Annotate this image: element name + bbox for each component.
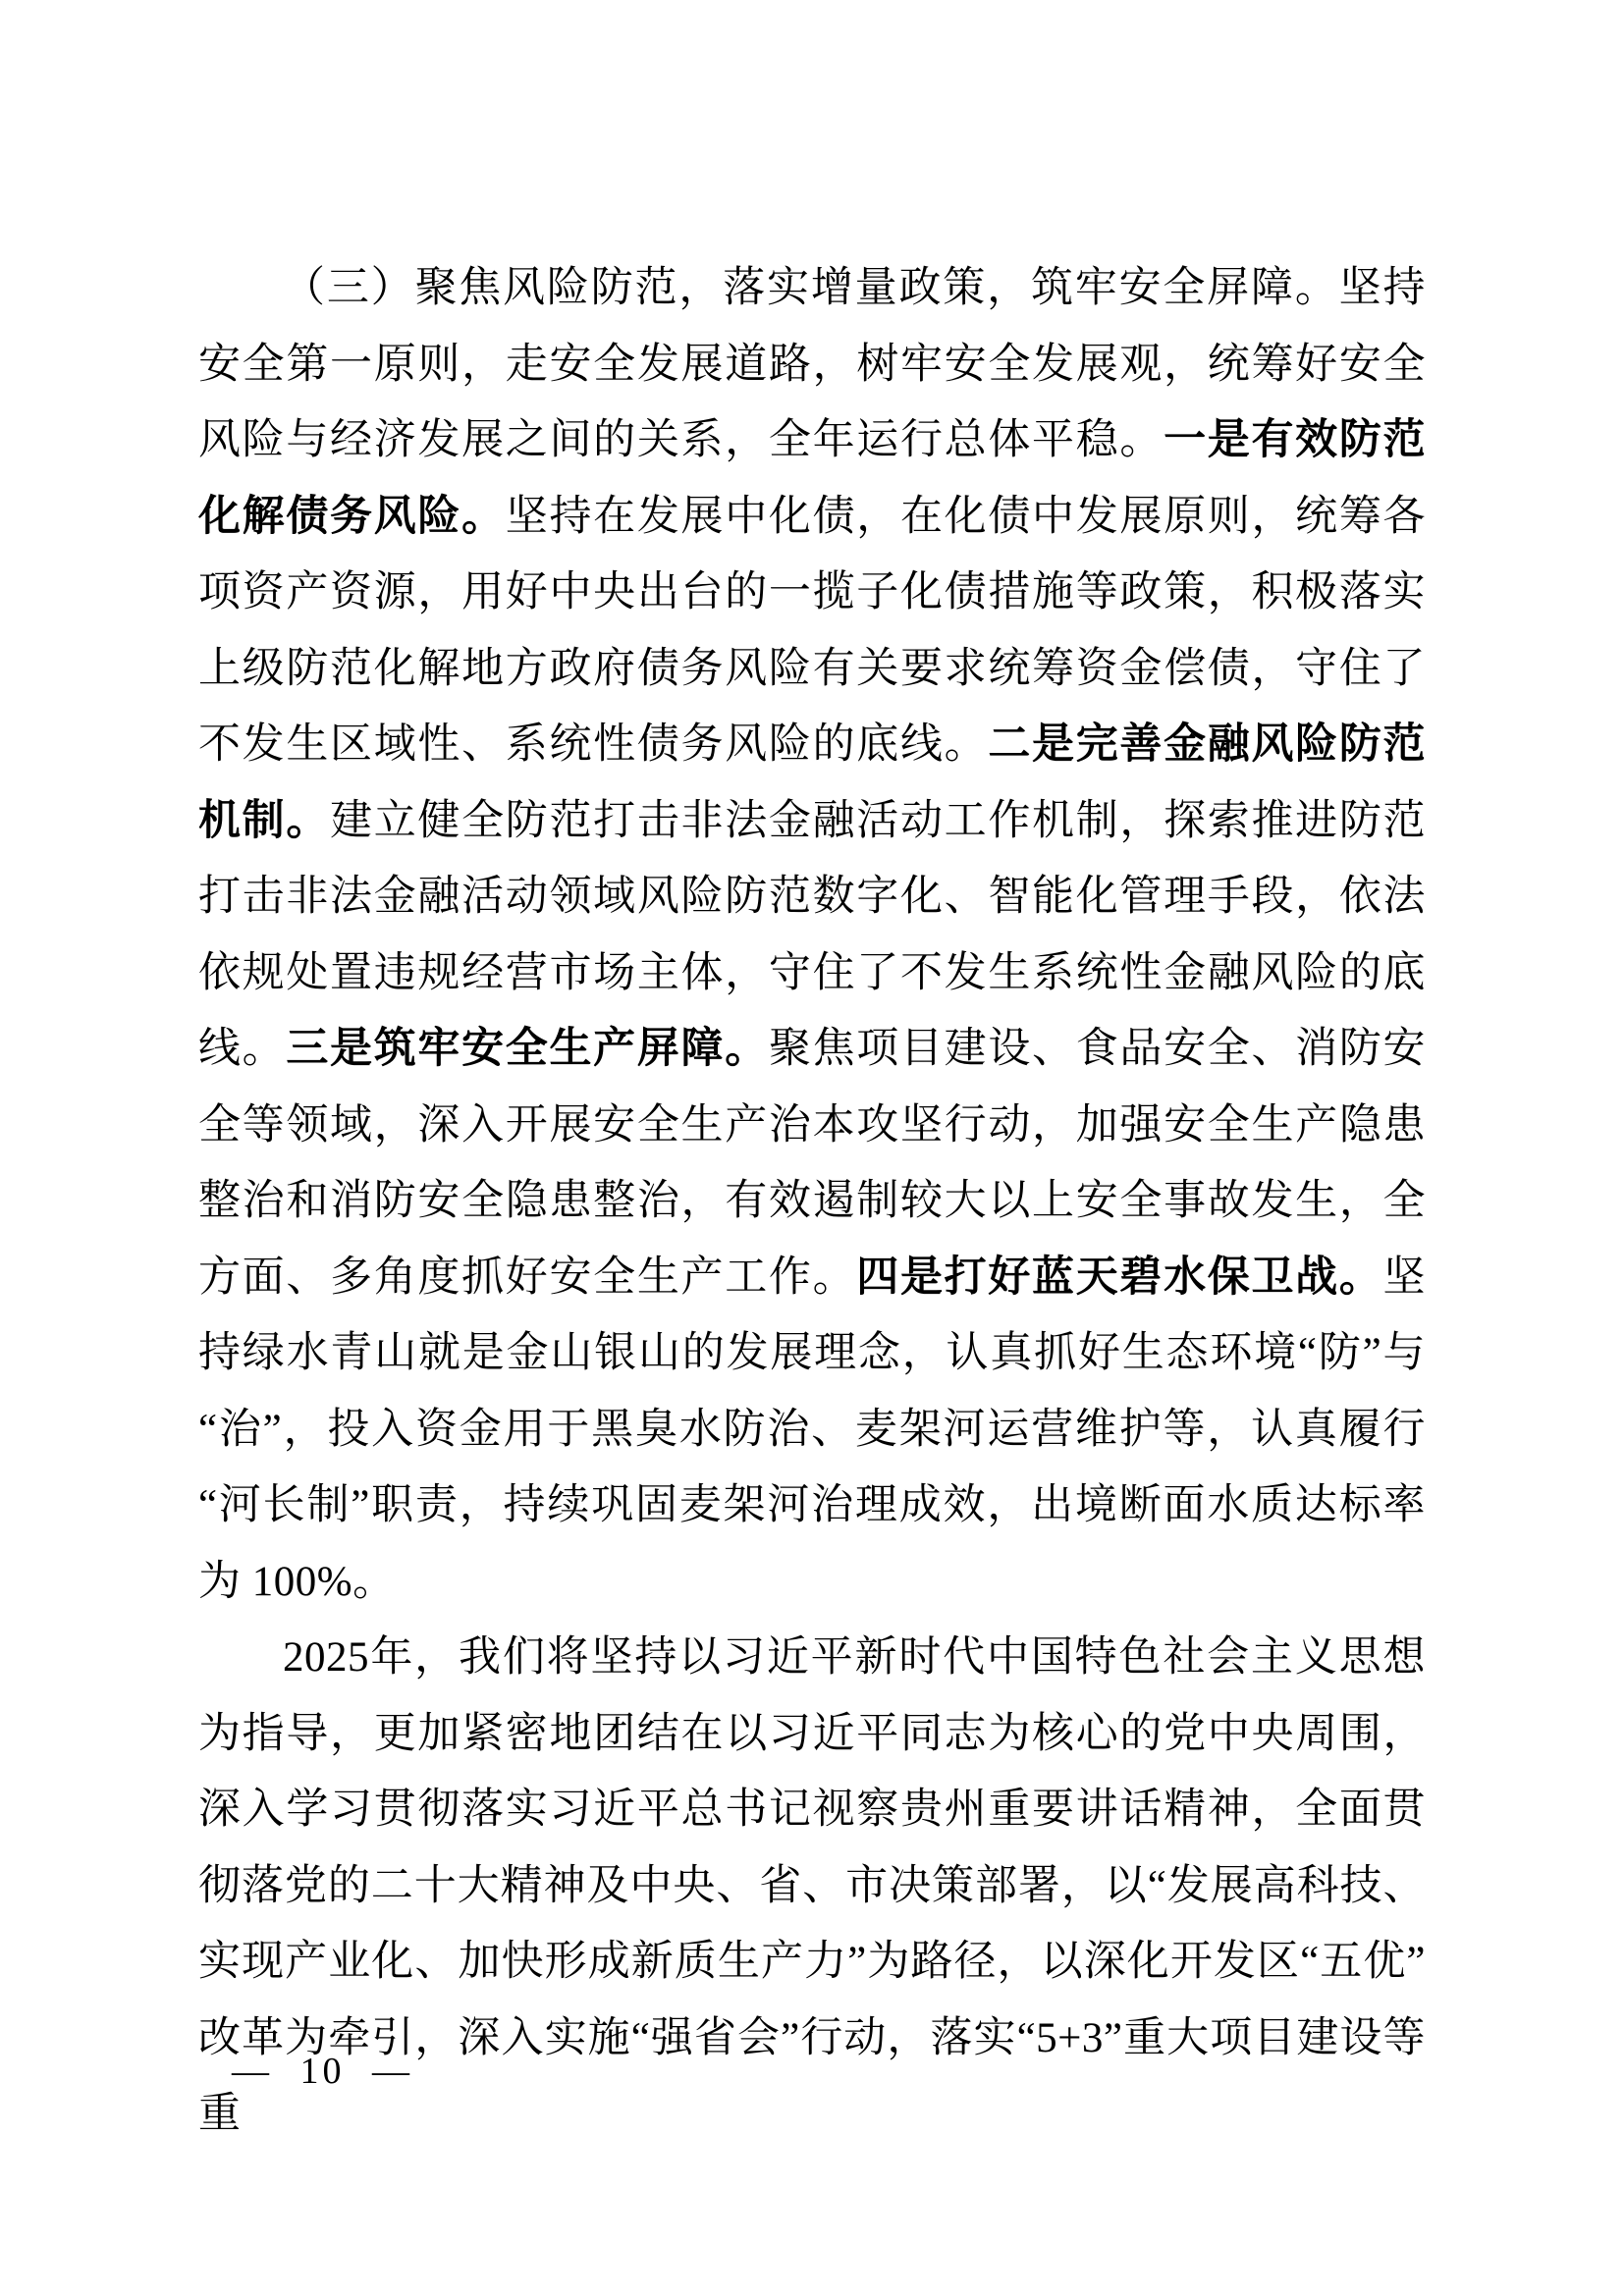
text-segment-bold: 三是筑牢安全生产屏障。 — [286, 1026, 769, 1072]
document-body: （三）聚焦风险防范，落实增量政策，筑牢安全屏障。坚持安全第一原则，走安全发展道路… — [198, 250, 1426, 2153]
page-number: — 10 — — [232, 2050, 413, 2093]
text-segment-bold: 四是打好蓝天碧水保卫战。 — [856, 1255, 1382, 1301]
text-segment: 坚持绿水青山就是金山银山的发展理念，认真抓好生态环境“防”与“治”，投入资金用于… — [198, 1255, 1426, 1605]
paragraph-section-3-risk-prevention: （三）聚焦风险防范，落实增量政策，筑牢安全屏障。坚持安全第一原则，走安全发展道路… — [198, 250, 1426, 1620]
document-page: （三）聚焦风险防范，落实增量政策，筑牢安全屏障。坚持安全第一原则，走安全发展道路… — [0, 0, 1624, 2296]
